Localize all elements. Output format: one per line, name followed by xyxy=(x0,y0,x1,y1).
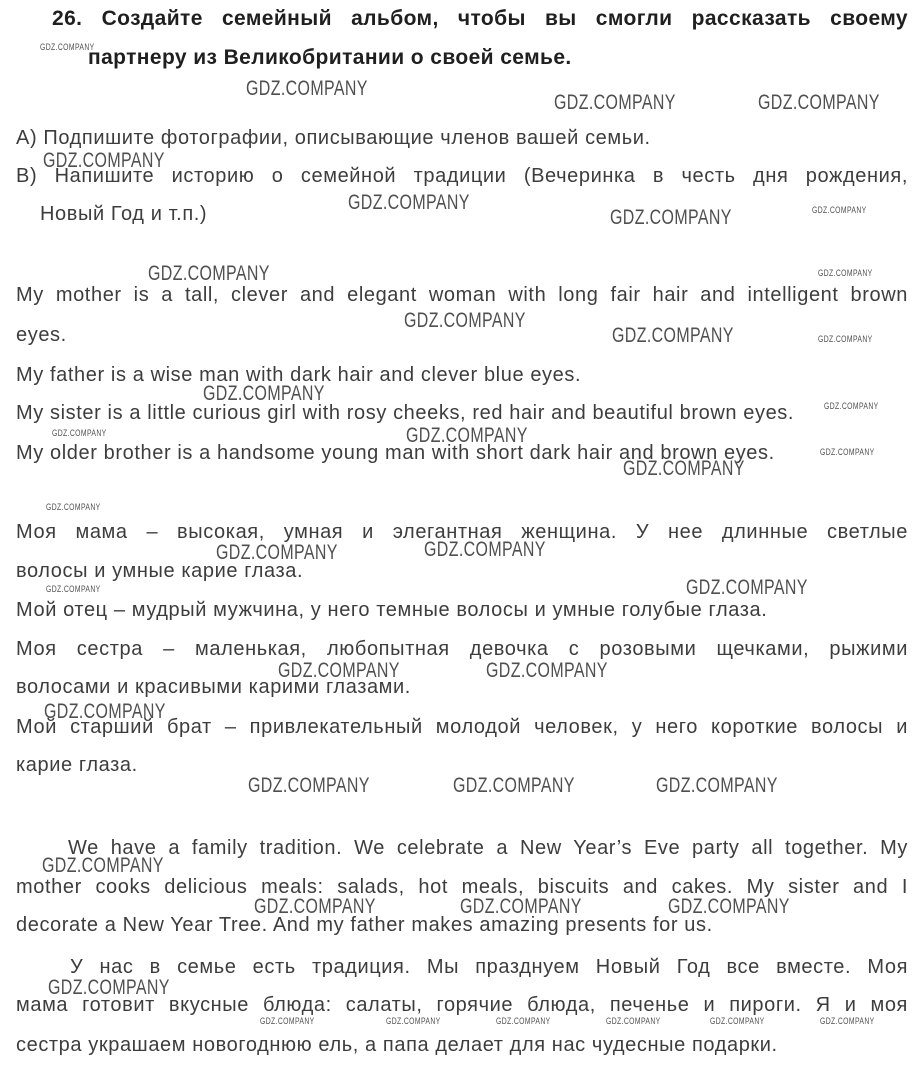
document-page: 26. Создайте семейный альбом, чтобы вы с… xyxy=(0,0,920,1072)
watermark-text: GDZ.COMPANY xyxy=(818,334,873,344)
watermark-text: GDZ.COMPANY xyxy=(606,1016,661,1026)
watermark-text: GDZ.COMPANY xyxy=(710,1016,765,1026)
watermark-text: GDZ.COMPANY xyxy=(818,268,873,278)
watermark-text: GDZ.COMPANY xyxy=(44,701,166,723)
watermark-text: GDZ.COMPANY xyxy=(40,42,95,52)
watermark-text: GDZ.COMPANY xyxy=(623,458,745,480)
watermark-text: GDZ.COMPANY xyxy=(278,660,400,682)
english-description-line-1: My mother is a tall, clever and elegant … xyxy=(16,283,908,308)
watermark-text: GDZ.COMPANY xyxy=(248,775,370,797)
watermark-text: GDZ.COMPANY xyxy=(460,896,582,918)
watermark-text: GDZ.COMPANY xyxy=(148,263,270,285)
watermark-text: GDZ.COMPANY xyxy=(424,539,546,561)
watermark-text: GDZ.COMPANY xyxy=(820,1016,875,1026)
russian-description-line-4: Моя сестра – маленькая, любопытная девоч… xyxy=(16,637,908,662)
english-tradition-line-1: We have a family tradition. We celebrate… xyxy=(68,836,908,861)
watermark-text: GDZ.COMPANY xyxy=(43,150,165,172)
watermark-text: GDZ.COMPANY xyxy=(406,425,528,447)
watermark-text: GDZ.COMPANY xyxy=(453,775,575,797)
watermark-text: GDZ.COMPANY xyxy=(46,584,101,594)
watermark-text: GDZ.COMPANY xyxy=(52,428,107,438)
russian-tradition-line-3: сестра украшаем новогоднюю ель, а папа д… xyxy=(16,1033,778,1058)
watermark-text: GDZ.COMPANY xyxy=(348,192,470,214)
watermark-text: GDZ.COMPANY xyxy=(46,502,101,512)
russian-tradition-line-1: У нас в семье есть традиция. Мы празднуе… xyxy=(70,955,908,980)
subtask-a: А) Подпишите фотографии, описывающие чле… xyxy=(16,126,651,151)
watermark-text: GDZ.COMPANY xyxy=(48,977,170,999)
russian-description-line-3: Мой отец – мудрый мужчина, у него темные… xyxy=(16,598,767,623)
watermark-text: GDZ.COMPANY xyxy=(812,205,867,215)
watermark-text: GDZ.COMPANY xyxy=(254,896,376,918)
watermark-text: GDZ.COMPANY xyxy=(610,207,732,229)
task-title-line-1: 26. Создайте семейный альбом, чтобы вы с… xyxy=(52,6,908,31)
russian-description-line-7: карие глаза. xyxy=(16,753,138,778)
watermark-text: GDZ.COMPANY xyxy=(486,660,608,682)
watermark-text: GDZ.COMPANY xyxy=(404,310,526,332)
watermark-text: GDZ.COMPANY xyxy=(386,1016,441,1026)
watermark-text: GDZ.COMPANY xyxy=(42,855,164,877)
watermark-text: GDZ.COMPANY xyxy=(260,1016,315,1026)
watermark-text: GDZ.COMPANY xyxy=(496,1016,551,1026)
watermark-text: GDZ.COMPANY xyxy=(246,78,368,100)
watermark-text: GDZ.COMPANY xyxy=(554,92,676,114)
english-description-line-2: eyes. xyxy=(16,323,67,348)
subtask-b-line-2: Новый Год и т.п.) xyxy=(40,202,207,227)
english-description-line-4: My sister is a little curious girl with … xyxy=(16,401,794,426)
watermark-text: GDZ.COMPANY xyxy=(656,775,778,797)
watermark-text: GDZ.COMPANY xyxy=(203,383,325,405)
task-title-line-2: партнеру из Великобритании о своей семье… xyxy=(88,45,572,70)
watermark-text: GDZ.COMPANY xyxy=(820,447,875,457)
watermark-text: GDZ.COMPANY xyxy=(824,401,879,411)
watermark-text: GDZ.COMPANY xyxy=(758,92,880,114)
watermark-text: GDZ.COMPANY xyxy=(686,577,808,599)
watermark-text: GDZ.COMPANY xyxy=(668,896,790,918)
watermark-text: GDZ.COMPANY xyxy=(216,542,338,564)
watermark-text: GDZ.COMPANY xyxy=(612,325,734,347)
